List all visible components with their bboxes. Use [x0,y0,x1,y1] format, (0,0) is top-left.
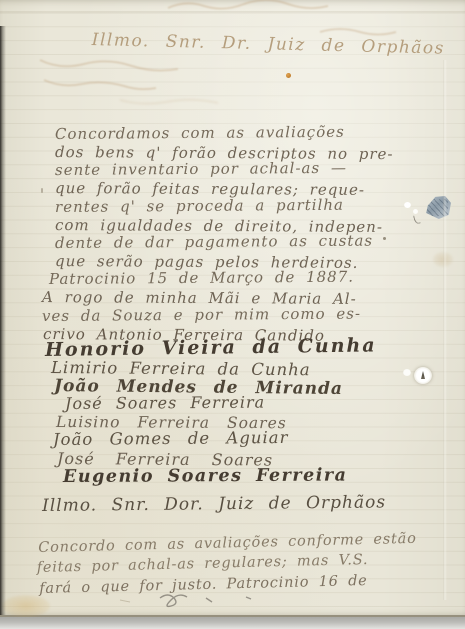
paper-hole [403,369,411,376]
small-ink-curl [413,214,421,224]
ink-speck [41,188,43,193]
signature: Honorio Vieira da Cunha [45,336,405,359]
ink-speck [383,237,386,240]
paper-hole [414,367,432,384]
rust-spot [286,73,291,78]
scanned-document: Illmo. Snr. Dr. Juiz de Orphãos Concorda… [0,0,465,629]
paper-white-spot [404,202,411,208]
signature: Eugenio Soares Ferreira [63,466,405,486]
paper-white-spot [413,209,418,214]
manuscript-line: dente de dar pagamento as custas [55,231,395,252]
salutation-line: Illmo. Snr. Dr. Juiz de Orphãos [92,30,446,59]
manuscript-line: rentes q' se proceda a partilha [55,195,395,216]
paper-fold-line [443,60,447,600]
manuscript-line: ves da Souza e por mim como es- [42,304,395,325]
scanner-background-strip [0,617,465,629]
ink-bleedthrough-smudges [0,0,465,130]
manuscript-line: Concordamos com as avaliações [55,122,395,143]
manuscript-line: sente inventario por achal-as — [55,159,395,180]
signature-block: Honorio Vieira da Cunha Limirio Ferreira… [45,341,405,486]
signature: José Soares Ferreira [65,393,405,413]
closing-paragraph: Concordo com as avaliações conforme estã… [38,529,419,599]
paper-crease [0,11,465,14]
body-paragraph: Concordamos com as avaliações dos bens q… [55,125,395,343]
scan-edge-shadow [0,26,6,615]
paper-stain [2,595,50,617]
manuscript-line: Patrocinio 15 de Março de 1887. [49,268,395,289]
signature: João Gomes de Aguiar [53,428,405,449]
manuscript-page: Illmo. Snr. Dr. Juiz de Orphãos Concorda… [0,0,465,617]
second-salutation-line: Illmo. Snr. Dor. Juiz de Orphãos [42,492,386,516]
